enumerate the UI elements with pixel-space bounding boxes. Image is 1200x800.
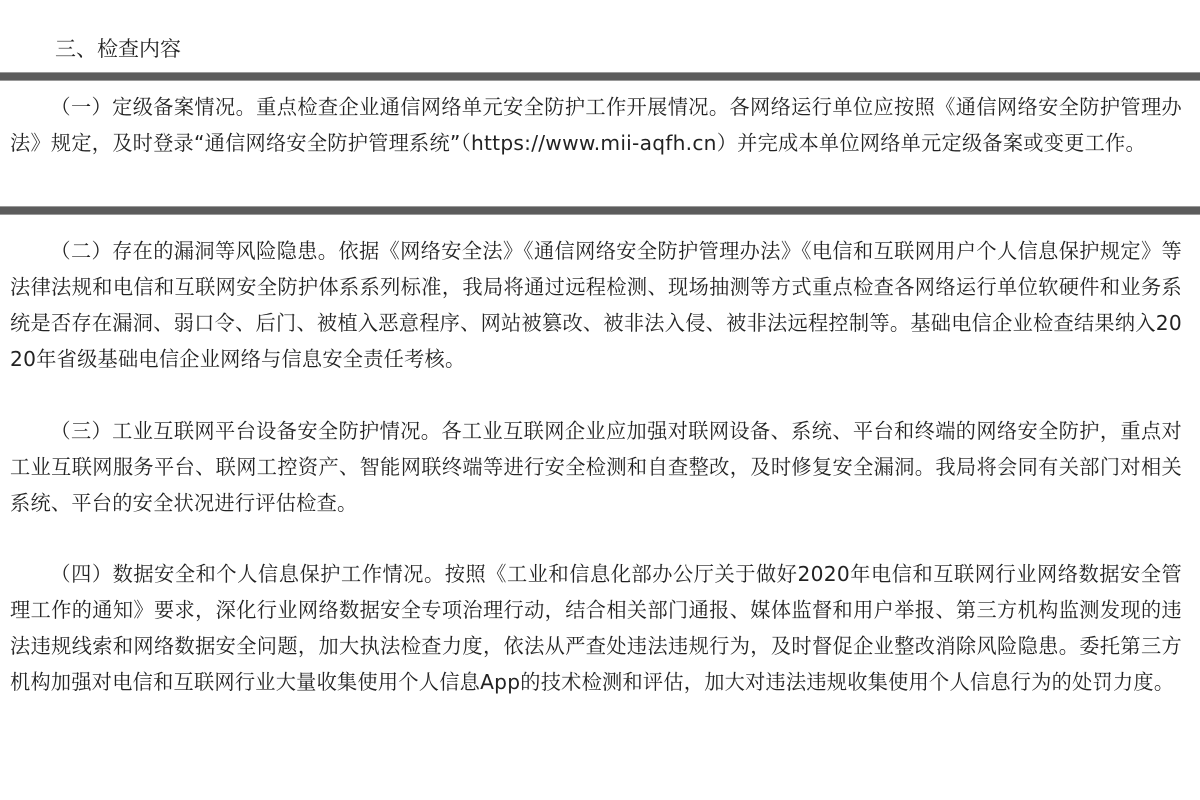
paragraph-vulnerabilities: （二）存在的漏洞等风险隐患。依据《网络安全法》《通信网络安全防护管理办法》《电信…	[10, 233, 1182, 377]
paragraph-industrial-internet: （三）工业互联网平台设备安全防护情况。各工业互联网企业应加强对联网设备、系统、平…	[10, 413, 1182, 521]
highlight-bar-top	[0, 72, 1200, 81]
paragraph-data-security: （四）数据安全和个人信息保护工作情况。按照《工业和信息化部办公厅关于做好2020…	[10, 556, 1182, 700]
paragraph-filing-status: （一）定级备案情况。重点检查企业通信网络单元安全防护工作开展情况。各网络运行单位…	[10, 89, 1182, 161]
section-heading: 三、检查内容	[55, 34, 181, 64]
highlight-bar-bottom	[0, 206, 1200, 215]
